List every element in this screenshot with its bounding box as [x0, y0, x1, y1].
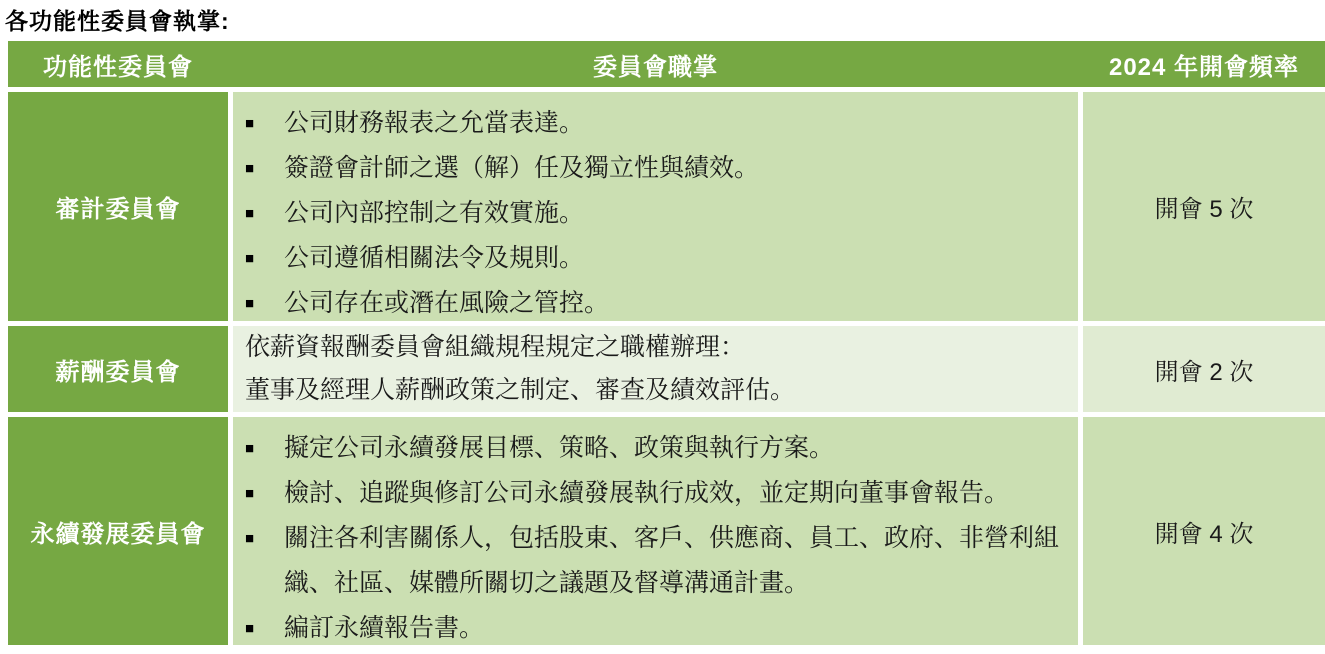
table-body: 審計委員會 ■ 公司財務報表之允當表達。 ■ 簽證會計師之選（解）任及獨立性與績…: [8, 87, 1325, 645]
duty-item: ■ 公司遵循相關法令及規則。: [245, 236, 1068, 281]
duty-item: ■ 擬定公司永續發展目標、策略、政策與執行方案。: [245, 426, 1068, 471]
duty-item: ■ 簽證會計師之選（解）任及獨立性與績效。: [245, 146, 1068, 191]
committee-name-sustainability: 永續發展委員會: [8, 417, 228, 645]
document-page: 各功能性委員會執掌: 功能性委員會 委員會職掌 2024 年開會頻率 審計委員會…: [0, 0, 1325, 654]
committee-name-compensation: 薪酬委員會: [8, 326, 228, 412]
square-bullet-icon: ■: [245, 191, 284, 236]
duty-text: 簽證會計師之選（解）任及獨立性與績效。: [284, 146, 759, 191]
duty-text: 公司內部控制之有效實施。: [284, 191, 584, 236]
square-bullet-icon: ■: [245, 606, 284, 645]
square-bullet-icon: ■: [245, 236, 284, 281]
square-bullet-icon: ■: [245, 101, 284, 146]
duty-item: ■ 公司財務報表之允當表達。: [245, 101, 1068, 146]
square-bullet-icon: ■: [245, 471, 284, 516]
header-frequency: 2024 年開會頻率: [1083, 41, 1325, 87]
square-bullet-icon: ■: [245, 281, 284, 321]
duty-text: 擬定公司永續發展目標、策略、政策與執行方案。: [284, 426, 834, 471]
duties-cell-sustainability: ■ 擬定公司永續發展目標、策略、政策與執行方案。 ■ 檢討、追蹤與修訂公司永續發…: [233, 417, 1078, 645]
page-title: 各功能性委員會執掌:: [0, 0, 1325, 41]
duty-item: ■ 公司內部控制之有效實施。: [245, 191, 1068, 236]
duty-item: ■ 檢討、追蹤與修訂公司永續發展執行成效，並定期向董事會報告。: [245, 471, 1068, 516]
duty-text: 公司遵循相關法令及規則。: [284, 236, 584, 281]
duty-text: 公司財務報表之允當表達。: [284, 101, 584, 146]
square-bullet-icon: ■: [245, 426, 284, 471]
header-committee: 功能性委員會: [8, 41, 228, 87]
square-bullet-icon: ■: [245, 516, 284, 606]
table-header-row: 功能性委員會 委員會職掌 2024 年開會頻率: [8, 41, 1325, 87]
duty-text: 公司存在或潛在風險之管控。: [284, 281, 609, 321]
meeting-frequency-sustainability: 開會 4 次: [1083, 417, 1325, 645]
committee-table: 功能性委員會 委員會職掌 2024 年開會頻率 審計委員會 ■ 公司財務報表之允…: [8, 41, 1325, 645]
duty-item: ■ 關注各利害關係人，包括股東、客戶、供應商、員工、政府、非營利組織、社區、媒體…: [245, 516, 1068, 606]
meeting-frequency-audit: 開會 5 次: [1083, 92, 1325, 321]
duties-cell-compensation: 依薪資報酬委員會組織規程規定之職權辦理： 董事及經理人薪酬政策之制定、審查及績效…: [233, 326, 1078, 412]
duty-text: 編訂永續報告書。: [284, 606, 484, 645]
duty-item: ■ 編訂永續報告書。: [245, 606, 1068, 645]
duty-text: 董事及經理人薪酬政策之制定、審查及績效評估。: [245, 369, 1068, 412]
duty-text: 檢討、追蹤與修訂公司永續發展執行成效，並定期向董事會報告。: [284, 471, 1009, 516]
duties-cell-audit: ■ 公司財務報表之允當表達。 ■ 簽證會計師之選（解）任及獨立性與績效。 ■ 公…: [233, 92, 1078, 321]
header-duties: 委員會職掌: [233, 41, 1078, 87]
committee-name-audit: 審計委員會: [8, 92, 228, 321]
duty-item: ■ 公司存在或潛在風險之管控。: [245, 281, 1068, 321]
meeting-frequency-compensation: 開會 2 次: [1083, 326, 1325, 412]
duty-text: 關注各利害關係人，包括股東、客戶、供應商、員工、政府、非營利組織、社區、媒體所關…: [284, 516, 1068, 606]
square-bullet-icon: ■: [245, 146, 284, 191]
duty-text: 依薪資報酬委員會組織規程規定之職權辦理：: [245, 326, 1068, 369]
